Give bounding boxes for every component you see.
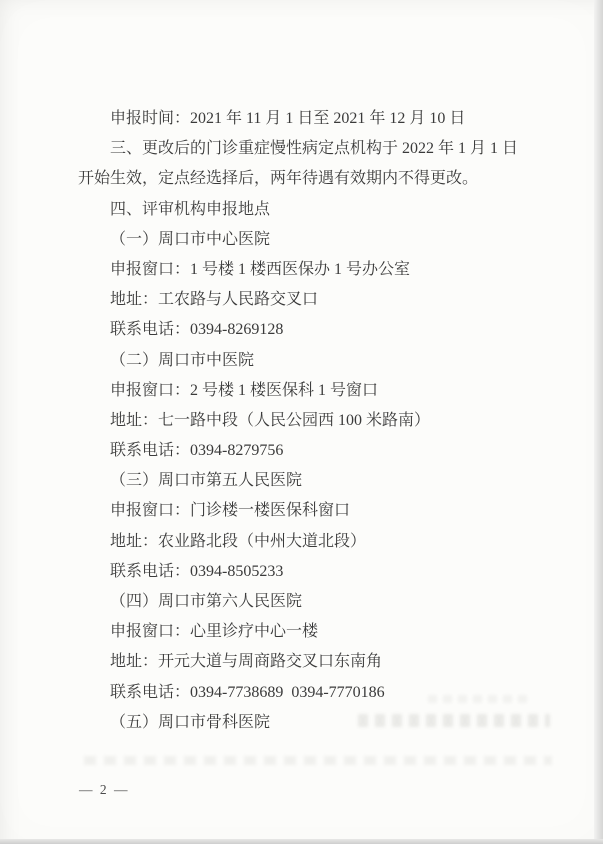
text-line: 申报窗口：心里诊疗中心一楼 — [78, 617, 564, 647]
document-body: 申报时间：2021 年 11 月 1 日至 2021 年 12 月 10 日三、… — [78, 104, 564, 738]
text-line: 三、更改后的门诊重症慢性病定点机构于 2022 年 1 月 1 日 — [78, 134, 564, 164]
scan-edge-bottom — [0, 839, 603, 844]
scan-edge-right — [594, 0, 603, 844]
text-line: 申报窗口：1 号楼 1 楼西医保办 1 号办公室 — [78, 255, 564, 285]
text-line: 开始生效，定点经选择后，两年待遇有效期内不得更改。 — [78, 164, 564, 194]
text-line: 四、评审机构申报地点 — [78, 195, 564, 225]
text-line: 申报时间：2021 年 11 月 1 日至 2021 年 12 月 10 日 — [78, 104, 564, 134]
text-line: （一）周口市中心医院 — [78, 225, 564, 255]
text-line: （二）周口市中医院 — [78, 346, 564, 376]
text-line: （五）周口市骨科医院 — [78, 708, 564, 738]
page-number: — 2 — — [79, 782, 130, 798]
text-line: 联系电话：0394-8505233 — [78, 557, 564, 587]
text-line: 地址：开元大道与周商路交叉口东南角 — [78, 647, 564, 677]
text-line: 地址：工农路与人民路交叉口 — [78, 285, 564, 315]
text-line: 联系电话：0394-7738689 0394-7770186 — [78, 678, 564, 708]
bleedthrough-artifact — [84, 756, 552, 765]
text-line: 申报窗口：2 号楼 1 楼医保科 1 号窗口 — [78, 376, 564, 406]
text-line: 申报窗口：门诊楼一楼医保科窗口 — [78, 496, 564, 526]
text-line: 地址：农业路北段（中州大道北段） — [78, 527, 564, 557]
text-line: 地址：七一路中段（人民公园西 100 米路南） — [78, 406, 564, 436]
text-line: （三）周口市第五人民医院 — [78, 466, 564, 496]
scanned-document-page: 申报时间：2021 年 11 月 1 日至 2021 年 12 月 10 日三、… — [0, 0, 603, 844]
text-line: 联系电话：0394-8269128 — [78, 315, 564, 345]
text-line: 联系电话：0394-8279756 — [78, 436, 564, 466]
text-line: （四）周口市第六人民医院 — [78, 587, 564, 617]
